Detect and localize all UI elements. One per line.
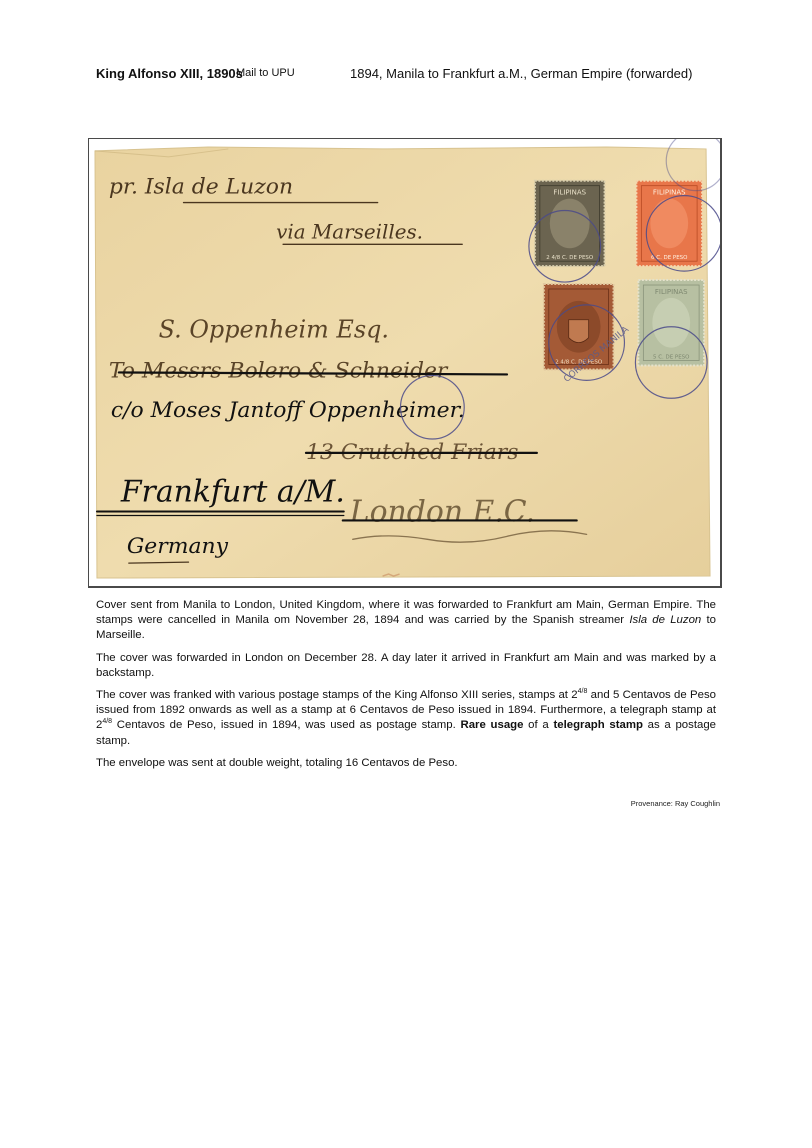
stamp-telegraph-2-4-8c-brown: 2 4/8 C. DE PESO bbox=[544, 284, 614, 369]
svg-text:To Messrs Bolero & Schneider: To Messrs Bolero & Schneider bbox=[109, 358, 449, 383]
paragraph-forwarding: The cover was forwarded in London on Dec… bbox=[96, 651, 716, 681]
svg-text:6 C. DE PESO: 6 C. DE PESO bbox=[651, 255, 687, 261]
svg-text:pr. Isla de Luzon: pr. Isla de Luzon bbox=[109, 175, 293, 200]
page-header: King Alfonso XIII, 1890s Mail to UPU 189… bbox=[96, 66, 726, 86]
svg-text:S. Oppenheim Esq.: S. Oppenheim Esq. bbox=[159, 316, 389, 344]
svg-text:FILIPINAS: FILIPINAS bbox=[553, 189, 586, 197]
stamp-6c-orange: FILIPINAS 6 C. DE PESO bbox=[636, 181, 702, 266]
paragraph-route: Cover sent from Manila to London, United… bbox=[96, 598, 716, 644]
provenance: Provenance: Ray Coughlin bbox=[631, 799, 720, 808]
svg-text:FILIPINAS: FILIPINAS bbox=[655, 288, 688, 296]
svg-text:Frankfurt a/M.: Frankfurt a/M. bbox=[120, 475, 345, 510]
svg-text:c/o Moses Jantoff Oppenheimer.: c/o Moses Jantoff Oppenheimer. bbox=[111, 398, 465, 423]
highlight-telegraph-stamp: telegraph stamp bbox=[553, 719, 643, 731]
item-title: 1894, Manila to Frankfurt a.M., German E… bbox=[350, 66, 692, 81]
svg-text:Germany: Germany bbox=[127, 534, 229, 559]
svg-text:5 C. DE PESO: 5 C. DE PESO bbox=[653, 355, 689, 361]
series-title: King Alfonso XIII, 1890s bbox=[96, 66, 243, 81]
ship-name: Isla de Luzon bbox=[629, 614, 701, 626]
svg-text:London E.C.: London E.C. bbox=[349, 494, 535, 529]
envelope-illustration: pr. Isla de Luzon via Marseilles. S. Opp… bbox=[89, 139, 720, 586]
category-label: Mail to UPU bbox=[236, 67, 295, 79]
paragraph-weight: The envelope was sent at double weight, … bbox=[96, 756, 716, 771]
stamp-5c-green: FILIPINAS 5 C. DE PESO bbox=[638, 280, 704, 365]
highlight-rare-usage: Rare usage bbox=[461, 719, 524, 731]
description: Cover sent from Manila to London, United… bbox=[96, 598, 716, 778]
paragraph-franking: The cover was franked with various posta… bbox=[96, 688, 716, 749]
svg-text:2 4/8 C. DE PESO: 2 4/8 C. DE PESO bbox=[546, 255, 593, 261]
svg-text:via Marseilles.: via Marseilles. bbox=[276, 220, 423, 243]
cover-image: pr. Isla de Luzon via Marseilles. S. Opp… bbox=[88, 138, 722, 588]
stamp-2-4-8c-olive: FILIPINAS 2 4/8 C. DE PESO bbox=[535, 181, 605, 266]
